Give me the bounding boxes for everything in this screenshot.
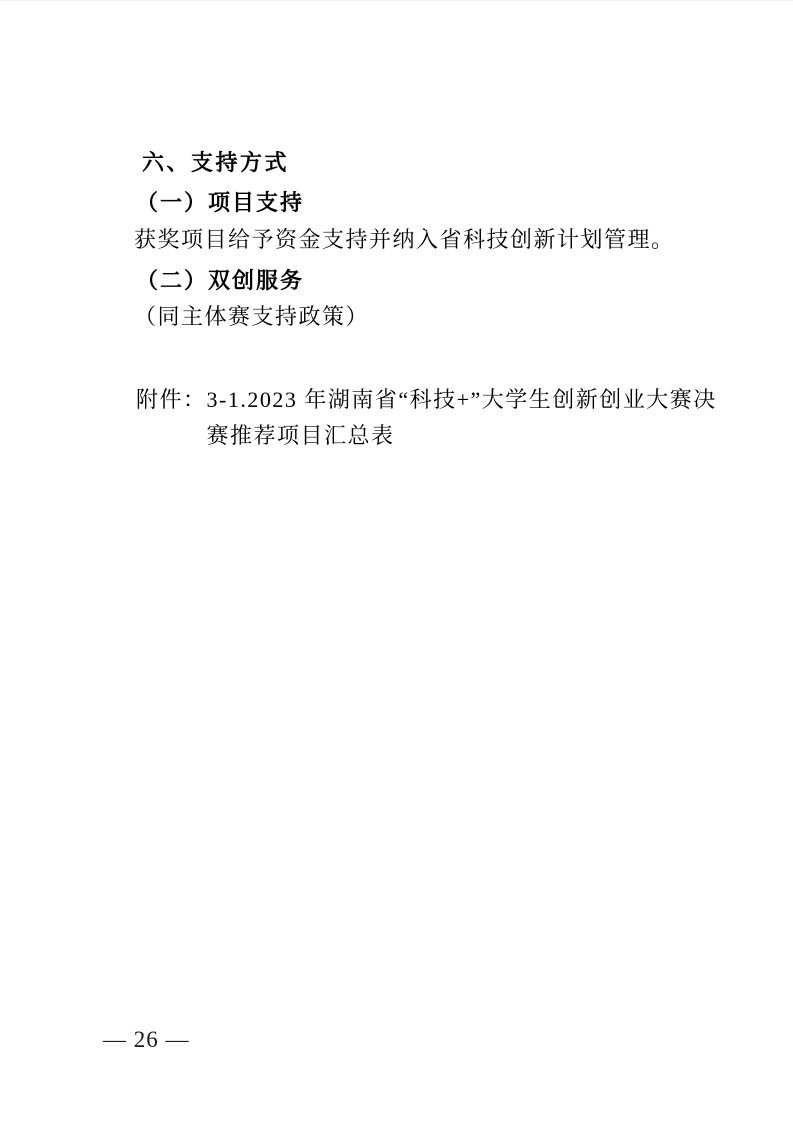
subsection-2-body: （同主体赛支持政策） — [134, 305, 369, 329]
subsection-1-heading: （一）项目支持 — [136, 191, 304, 215]
subsection-1-body: 获奖项目给予资金支持并纳入省科技创新计划管理。 — [134, 228, 675, 252]
section-heading: 六、支持方式 — [142, 151, 289, 175]
attachment-label: 附件： — [136, 382, 207, 418]
attachment-line-1: 3-1.2023 年湖南省“科技+”大学生创新创业大赛决 — [207, 382, 717, 418]
attachment: 附件： 3-1.2023 年湖南省“科技+”大学生创新创业大赛决 赛推荐项目汇总… — [136, 382, 717, 454]
document-page: 六、支持方式 （一）项目支持 获奖项目给予资金支持并纳入省科技创新计划管理。 （… — [0, 0, 793, 1122]
page-number: — 26 — — [103, 1027, 190, 1052]
attachment-line-2: 赛推荐项目汇总表 — [207, 418, 717, 454]
attachment-content: 3-1.2023 年湖南省“科技+”大学生创新创业大赛决 赛推荐项目汇总表 — [207, 382, 717, 454]
subsection-2-heading: （二）双创服务 — [136, 269, 304, 293]
